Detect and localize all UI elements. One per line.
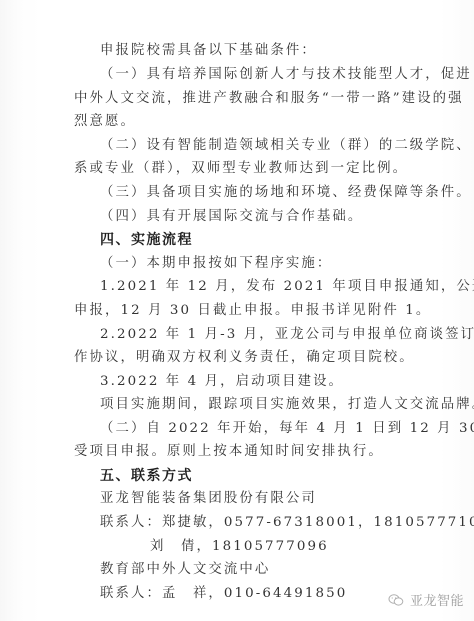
- procedure-2-line-1: （二）自 2022 年开始，每年 4 月 1 日到 12 月 30 日接: [100, 420, 408, 438]
- watermark: 亚龙智能: [388, 590, 464, 609]
- condition-1-line-3: 烈意愿。: [74, 113, 408, 131]
- section-heading-contact: 五、联系方式: [100, 467, 408, 485]
- watermark-label: 亚龙智能: [410, 590, 464, 609]
- condition-2-line-1: （二）设有智能制造领域相关专业（群）的二级学院、: [100, 137, 408, 155]
- step-2-line-2: 作协议，明确双方权利义务责任，确定项目院校。: [74, 349, 408, 367]
- wechat-icon: [388, 593, 404, 607]
- step-1-line-1: 1.2021 年 12 月，发布 2021 年项目申报通知，公开接受: [100, 278, 408, 296]
- implementation-tracking: 项目实施期间，跟踪项目实施效果，打造人文交流品牌。: [100, 396, 408, 414]
- contact-person-3: 联系人：孟 祥，010-64491850: [100, 585, 408, 603]
- company-name: 亚龙智能装备集团股份有限公司: [100, 490, 408, 508]
- section-heading-implementation: 四、实施流程: [100, 231, 408, 249]
- center-name: 教育部中外人文交流中心: [100, 561, 408, 579]
- step-1-line-2: 申报，12 月 30 日截止申报。申报书详见附件 1。: [74, 302, 408, 320]
- contact-person-1: 联系人：郑捷敏，0577-67318001，18105777109: [100, 514, 408, 532]
- document-page: 申报院校需具备以下基础条件： （一）具有培养国际创新人才与技术技能型人才，促进 …: [0, 0, 474, 621]
- condition-4: （四）具有开展国际交流与合作基础。: [100, 208, 408, 226]
- condition-1-line-1: （一）具有培养国际创新人才与技术技能型人才，促进: [100, 66, 408, 84]
- condition-1-line-2: 中外人文交流，推进产教融合和服务“一带一路”建设的强: [74, 90, 408, 108]
- procedure-2-line-2: 受项目申报。原则上按本通知时间安排执行。: [74, 443, 408, 461]
- condition-2-line-2: 系或专业（群），双师型专业教师达到一定比例。: [74, 160, 408, 178]
- step-3: 3.2022 年 4 月，启动项目建设。: [100, 373, 408, 391]
- contact-person-2: 刘 倩，18105777096: [150, 538, 474, 556]
- condition-3: （三）具备项目实施的场地和环境、经费保障等条件。: [100, 184, 408, 202]
- step-2-line-1: 2.2022 年 1 月-3 月，亚龙公司与申报单位商谈签订合: [100, 326, 408, 344]
- intro-conditions: 申报院校需具备以下基础条件：: [100, 42, 408, 60]
- procedure-intro: （一）本期申报按如下程序实施：: [100, 255, 408, 273]
